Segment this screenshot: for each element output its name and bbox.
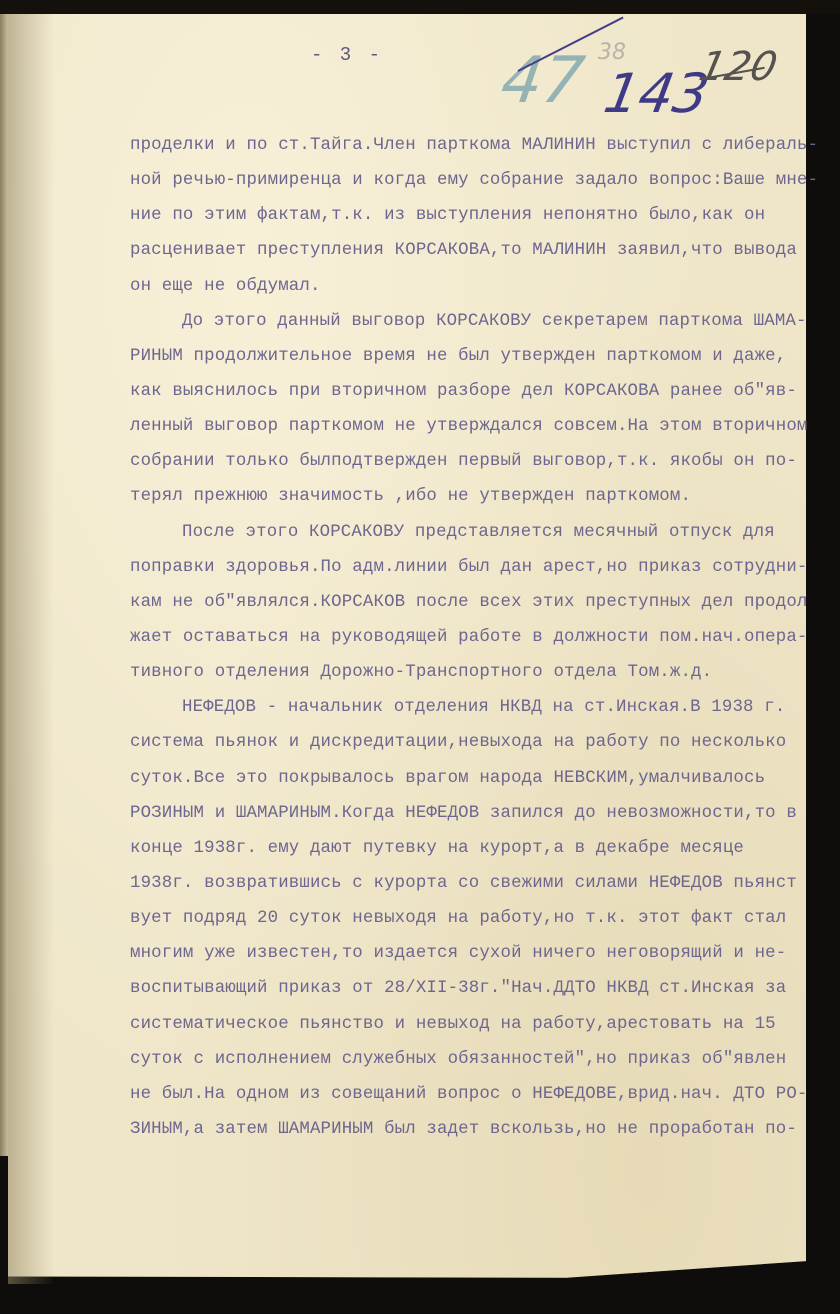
archive-stamp-number: 47 — [497, 44, 589, 118]
text-line: суток.Все это покрывалось врагом народа … — [130, 761, 830, 796]
text-line: он еще не обдумал. — [130, 269, 830, 304]
paragraph: До этого данный выговор КОРСАКОВУ секрет… — [130, 304, 830, 515]
text-line: терял прежнюю значимость ,ибо не утвержд… — [130, 479, 830, 514]
binding-shadow — [8, 14, 54, 1284]
scanned-page-background: - 3 - 47 38 143 120 проделки и по ст.Тай… — [0, 0, 840, 1314]
text-line: ние по этим фактам,т.к. из выступления н… — [130, 198, 830, 233]
text-line: ленный выговор парткомом не утверждался … — [130, 409, 830, 444]
old-folio-number: 120 — [695, 44, 781, 90]
paragraph: После этого КОРСАКОВУ представляется мес… — [130, 515, 830, 691]
text-line: РИНЫМ продолжительное время не был утвер… — [130, 339, 830, 374]
text-line: жает оставаться на руководящей работе в … — [130, 620, 830, 655]
text-line: проделки и по ст.Тайга.Член парткома МАЛ… — [130, 128, 830, 163]
text-line: конце 1938г. ему дают путевку на курорт,… — [130, 831, 830, 866]
page-number: - 3 - — [311, 44, 383, 66]
document-body: проделки и по ст.Тайга.Член парткома МАЛ… — [130, 128, 830, 1147]
text-line: тивного отделения Дорожно-Транспортного … — [130, 655, 830, 690]
text-line: как выяснилось при вторичном разборе дел… — [130, 374, 830, 409]
text-line: воспитывающий приказ от 28/XII-38г."Нач.… — [130, 971, 830, 1006]
scan-top-edge — [0, 0, 840, 14]
text-line: система пьянок и дискредитации,невыхода … — [130, 725, 830, 760]
text-line: ЗИНЫМ,а затем ШАМАРИНЫМ был задет всколь… — [130, 1112, 830, 1147]
text-line: ной речью-примиренца и когда ему собрани… — [130, 163, 830, 198]
text-line: собрании только былподтвержден первый вы… — [130, 444, 830, 479]
paragraph: проделки и по ст.Тайга.Член парткома МАЛ… — [130, 128, 830, 304]
text-line: систематическое пьянство и невыход на ра… — [130, 1007, 830, 1042]
binding-strip — [0, 14, 8, 1156]
text-line: вует подряд 20 суток невыходя на работу,… — [130, 901, 830, 936]
text-line: расценивает преступления КОРСАКОВА,то МА… — [130, 233, 830, 268]
text-line: После этого КОРСАКОВУ представляется мес… — [130, 515, 830, 550]
text-line: не был.На одном из совещаний вопрос о НЕ… — [130, 1077, 830, 1112]
text-line: РОЗИНЫМ и ШАМАРИНЫМ.Когда НЕФЕДОВ запилс… — [130, 796, 830, 831]
text-line: кам не об"являлся.КОРСАКОВ после всех эт… — [130, 585, 830, 620]
text-line: 1938г. возвратившись с курорта со свежим… — [130, 866, 830, 901]
paragraph: НЕФЕДОВ - начальник отделения НКВД на ст… — [130, 690, 830, 1147]
folio-number: 143 — [599, 62, 713, 125]
text-line: многим уже известен,то издается сухой ни… — [130, 936, 830, 971]
text-line: суток с исполнением служебных обязанност… — [130, 1042, 830, 1077]
text-line: поправки здоровья.По адм.линии был дан а… — [130, 550, 830, 585]
text-line: НЕФЕДОВ - начальник отделения НКВД на ст… — [130, 690, 830, 725]
text-line: До этого данный выговор КОРСАКОВУ секрет… — [130, 304, 830, 339]
